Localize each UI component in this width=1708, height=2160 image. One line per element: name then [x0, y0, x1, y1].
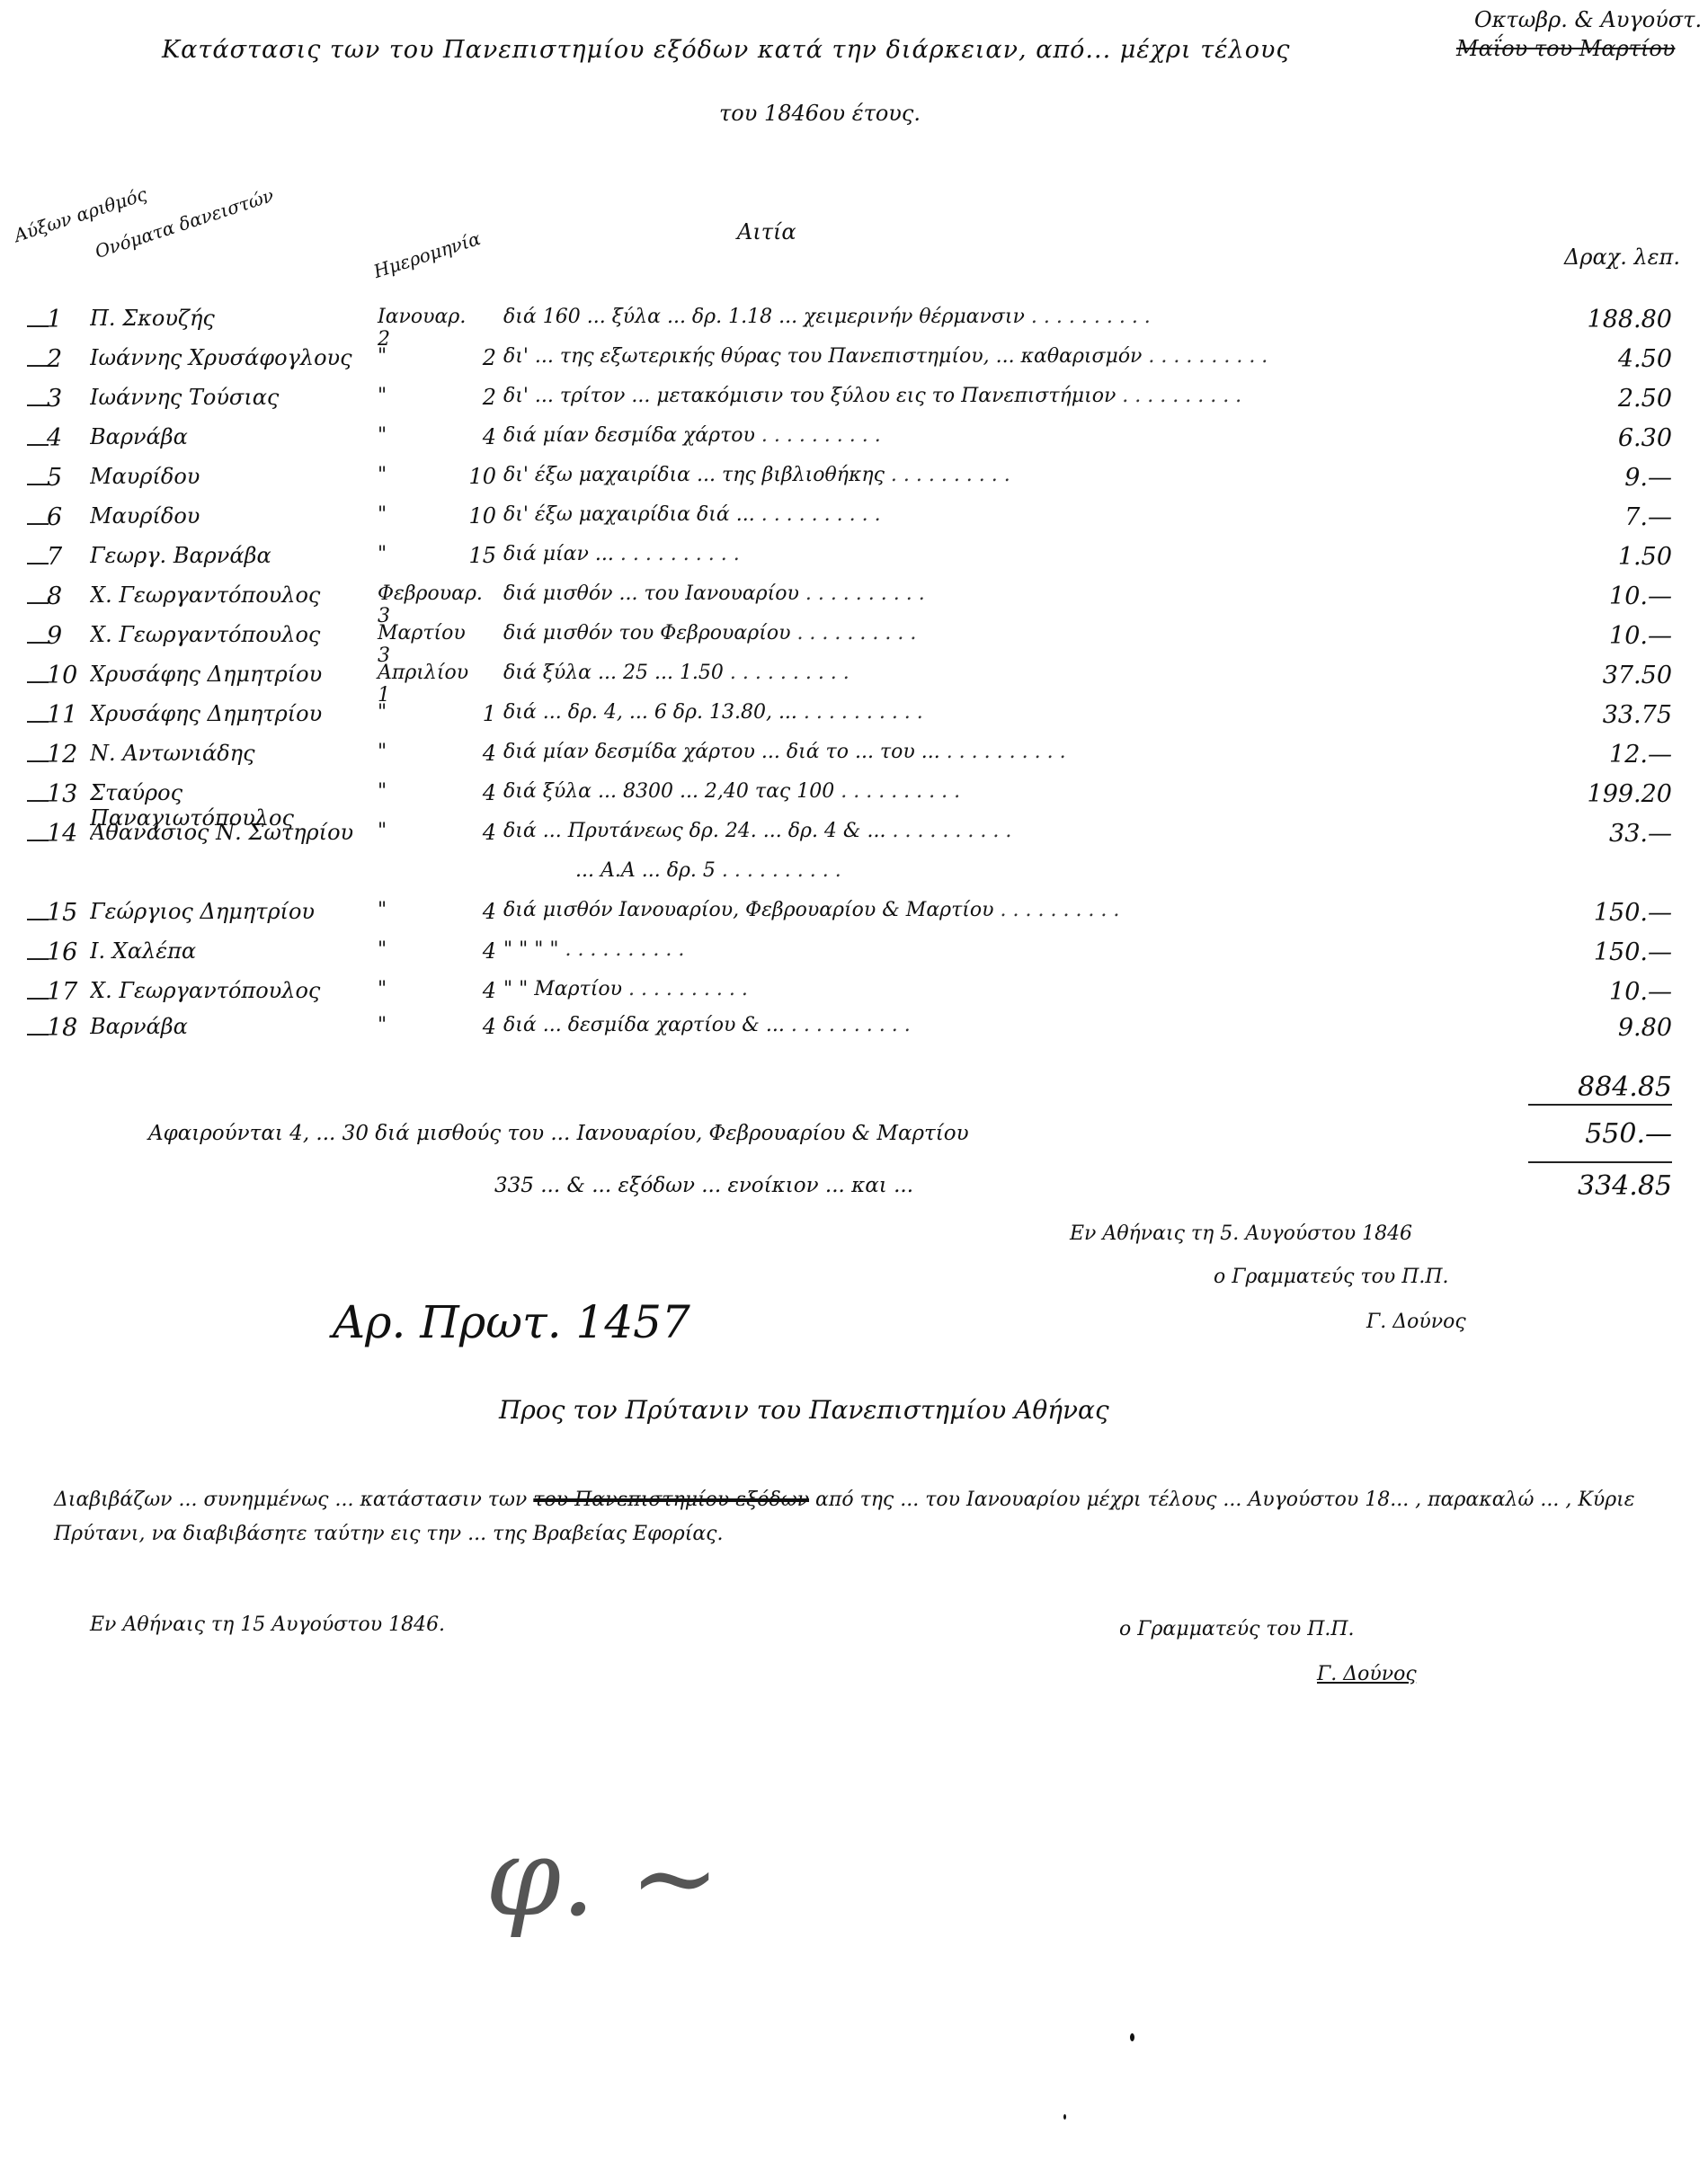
table-row: 11Χρυσάφης Δημητρίου"1διά ... δρ. 4, ...…: [0, 701, 1708, 741]
row-number: 15: [47, 899, 83, 927]
row-number: 9: [47, 622, 83, 650]
row-day: 10: [460, 464, 496, 489]
row-day: 4: [460, 938, 496, 964]
row-day: 15: [460, 543, 496, 568]
balance-text: 335 ... & ... εξόδων ... ενοίκιον ... κα…: [494, 1174, 913, 1197]
row-amount: 150.—: [1519, 899, 1672, 927]
signoff-role: ο Γραμματεύς του Π.Π.: [1214, 1266, 1449, 1288]
table-row: 1Π. ΣκουζήςΙανουαρ. 2διά 160 ... ξύλα ..…: [0, 306, 1708, 345]
row-date: Ιανουαρ. 2: [378, 306, 458, 351]
row-description: " " Μαρτίου: [503, 978, 1510, 1000]
row-day: 4: [460, 780, 496, 805]
letter-paragraph: Διαβιβάζων ... συνημμένως ... κατάστασιν…: [54, 1483, 1690, 1551]
row-amount: 199.20: [1519, 780, 1672, 808]
row-amount: 33.—: [1519, 820, 1672, 848]
row-day: 4: [460, 978, 496, 1003]
table-row: 18Βαρνάβα"4διά ... δεσμίδα χαρτίου & ...…: [0, 1014, 1708, 1050]
row-lead-dash: [27, 523, 49, 525]
row-number: 7: [47, 543, 83, 571]
ink-speck: [1130, 2033, 1134, 2041]
row-lead-dash: [27, 800, 49, 802]
row-amount: 1.50: [1519, 543, 1672, 571]
table-row: 2Ιωάννης Χρυσάφογλους"2δι' ... της εξωτε…: [0, 345, 1708, 385]
row-date: ": [378, 345, 458, 368]
row-amount: 9.80: [1519, 1014, 1672, 1042]
row-creditor-name: Π. Σκουζής: [90, 306, 360, 331]
row-description: διά μισθόν ... του Ιανουαρίου: [503, 582, 1510, 605]
row-number: 8: [47, 582, 83, 610]
table-row: 17Χ. Γεωργαντόπουλος"4" " Μαρτίου10.—: [0, 978, 1708, 1014]
row-number: 14: [47, 820, 83, 848]
row-description: διά μίαν δεσμίδα χάρτου: [503, 424, 1510, 447]
letter-place-date: Εν Αθήναις τη 15 Αυγούστου 1846.: [90, 1613, 445, 1636]
row-day: 10: [460, 503, 496, 529]
row-number: 4: [47, 424, 83, 452]
sum-amount: 884.85: [1519, 1071, 1672, 1103]
row-description: διά ... δρ. 4, ... 6 δρ. 13.80, ...: [503, 701, 1510, 724]
row-lead-dash: [27, 919, 49, 920]
row-description: διά μίαν δεσμίδα χάρτου ... διά το ... τ…: [503, 741, 1510, 763]
row-amount: 10.—: [1519, 582, 1672, 610]
table-row: 9Χ. ΓεωργαντόπουλοςΜαρτίου 3διά μισθόν τ…: [0, 622, 1708, 662]
row-creditor-name: Γεώργιος Δημητρίου: [90, 899, 360, 924]
document-subtitle: του 1846ου έτους.: [719, 101, 921, 126]
column-header-amount: Δραχ. λεπ.: [1564, 244, 1680, 270]
table-row: 6Μαυρίδου"10δι' έξω μαχαιρίδια διά ...7.…: [0, 503, 1708, 543]
row-day: 4: [460, 424, 496, 449]
row-lead-dash: [27, 721, 49, 723]
row-creditor-name: Ιωάννης Τούσιας: [90, 385, 360, 410]
row-description: δι' έξω μαχαιρίδια ... της βιβλιοθήκης: [503, 464, 1510, 486]
row-lead-dash: [27, 444, 49, 446]
row-creditor-name: Ν. Αντωνιάδης: [90, 741, 360, 766]
row-number: 17: [47, 978, 83, 1006]
row-number: 18: [47, 1014, 83, 1042]
row-description: διά ... δεσμίδα χαρτίου & ...: [503, 1014, 1510, 1036]
table-row: 7Γεωργ. Βαρνάβα"15διά μίαν ...1.50: [0, 543, 1708, 582]
letter-role: ο Γραμματεύς του Π.Π.: [1119, 1618, 1355, 1640]
row-lead-dash: [27, 563, 49, 564]
row-description: διά μίαν ...: [503, 543, 1510, 565]
row-number: 3: [47, 385, 83, 413]
row-date: ": [378, 464, 458, 486]
row-lead-dash: [27, 998, 49, 1000]
row-date: ": [378, 780, 458, 803]
row-lead-dash: [27, 1034, 49, 1036]
row-lead-dash: [27, 840, 49, 841]
balance-rule: [1528, 1161, 1672, 1163]
row-creditor-name: Αθανάσιος Ν. Σωτηρίου: [90, 820, 360, 845]
row-date: ": [378, 424, 458, 447]
row-amount: 37.50: [1519, 662, 1672, 689]
table-row: 10Χρυσάφης ΔημητρίουΑπριλίου 1διά ξύλα .…: [0, 662, 1708, 701]
row-description: διά ... Πρυτάνεως δρ. 24. ... δρ. 4 & ..…: [503, 820, 1510, 842]
row-creditor-name: Χρυσάφης Δημητρίου: [90, 662, 360, 687]
row-amount: 10.—: [1519, 978, 1672, 1006]
row-creditor-name: Ιωάννης Χρυσάφογλους: [90, 345, 360, 370]
table-row: 12Ν. Αντωνιάδης"4διά μίαν δεσμίδα χάρτου…: [0, 741, 1708, 780]
paragraph-start: Διαβιβάζων ... συνημμένως ... κατάστασιν…: [54, 1489, 527, 1511]
title-struck-text: Μαΐου του Μαρτίου: [1456, 36, 1675, 61]
totals-rule: [1528, 1104, 1672, 1106]
row-lead-dash: [27, 404, 49, 406]
table-row: 13Σταύρος Παναγιωτόπουλος"4διά ξύλα ... …: [0, 780, 1708, 820]
row-description: διά μισθόν Ιανουαρίου, Φεβρουαρίου & Μαρ…: [503, 899, 1510, 921]
column-header-date: Ημερομηνία: [371, 227, 484, 282]
row-creditor-name: Χρυσάφης Δημητρίου: [90, 701, 360, 726]
row-number: 2: [47, 345, 83, 373]
row-date: ": [378, 543, 458, 565]
table-row: 3Ιωάννης Τούσιας"2δι' ... τρίτον ... μετ…: [0, 385, 1708, 424]
row-description: διά μισθόν του Φεβρουαρίου: [503, 622, 1510, 644]
row-date: Μαρτίου 3: [378, 622, 458, 667]
row-description: διά 160 ... ξύλα ... δρ. 1.18 ... χειμερ…: [503, 306, 1510, 328]
row-creditor-name: Ι. Χαλέπα: [90, 938, 360, 964]
row-amount: 150.—: [1519, 938, 1672, 966]
row-date: ": [378, 701, 458, 724]
ink-speck: [1063, 2114, 1066, 2120]
row-description: δι' ... τρίτον ... μετακόμισιν του ξύλου…: [503, 385, 1510, 407]
row-creditor-name: Βαρνάβα: [90, 424, 360, 449]
row-creditor-name: Χ. Γεωργαντόπουλος: [90, 622, 360, 647]
row-number: 10: [47, 662, 83, 689]
row-description: δι' έξω μαχαιρίδια διά ...: [503, 503, 1510, 526]
row-amount: 7.—: [1519, 503, 1672, 531]
row-lead-dash: [27, 365, 49, 367]
table-row: 15Γεώργιος Δημητρίου"4διά μισθόν Ιανουαρ…: [0, 899, 1708, 938]
row-lead-dash: [27, 325, 49, 327]
row-description-continuation: ... Α.Α ... δρ. 5: [575, 859, 1582, 882]
row-lead-dash: [27, 602, 49, 604]
row-lead-dash: [27, 958, 49, 960]
table-row: 8Χ. ΓεωργαντόπουλοςΦεβρουαρ. 3διά μισθόν…: [0, 582, 1708, 622]
row-lead-dash: [27, 681, 49, 683]
row-creditor-name: Χ. Γεωργαντόπουλος: [90, 978, 360, 1003]
row-number: 1: [47, 306, 83, 333]
table-row: 4Βαρνάβα"4διά μίαν δεσμίδα χάρτου6.30: [0, 424, 1708, 464]
row-number: 12: [47, 741, 83, 769]
row-number: 13: [47, 780, 83, 808]
table-row: 5Μαυρίδου"10δι' έξω μαχαιρίδια ... της β…: [0, 464, 1708, 503]
row-description: " " " ": [503, 938, 1510, 961]
row-date: ": [378, 385, 458, 407]
row-amount: 33.75: [1519, 701, 1672, 729]
letter-signature: Γ. Δούνος: [1317, 1663, 1417, 1685]
monogram-mark: φ. ~: [485, 1816, 720, 1941]
row-date: ": [378, 899, 458, 921]
column-header-reason: Αιτία: [737, 219, 796, 244]
row-day: 4: [460, 899, 496, 924]
row-day: 4: [460, 741, 496, 766]
signoff-signature: Γ. Δούνος: [1366, 1311, 1466, 1333]
row-date: ": [378, 938, 458, 961]
row-amount: 10.—: [1519, 622, 1672, 650]
row-description: δι' ... της εξωτερικής θύρας του Πανεπισ…: [503, 345, 1510, 368]
row-amount: 2.50: [1519, 385, 1672, 413]
table-row-continuation: ... Α.Α ... δρ. 5: [0, 859, 1708, 899]
row-date: ": [378, 1014, 458, 1036]
row-date: ": [378, 741, 458, 763]
received-amount: 550.—: [1519, 1118, 1672, 1150]
ledger-table: 1Π. ΣκουζήςΙανουαρ. 2διά 160 ... ξύλα ..…: [0, 306, 1708, 1050]
row-day: 4: [460, 820, 496, 845]
row-creditor-name: Χ. Γεωργαντόπουλος: [90, 582, 360, 608]
row-date: ": [378, 978, 458, 1000]
row-lead-dash: [27, 642, 49, 644]
letter-heading: Προς τον Πρύτανιν του Πανεπιστημίου Αθήν…: [499, 1395, 1109, 1425]
row-description: διά ξύλα ... 25 ... 1.50: [503, 662, 1510, 684]
row-date: Απριλίου 1: [378, 662, 458, 707]
row-day: 1: [460, 701, 496, 726]
reference-number: Αρ. Πρωτ. 1457: [333, 1296, 690, 1348]
row-lead-dash: [27, 484, 49, 485]
row-day: 4: [460, 1014, 496, 1039]
row-lead-dash: [27, 760, 49, 762]
signoff-place-date: Εν Αθήναις τη 5. Αυγούστου 1846: [1070, 1222, 1412, 1245]
table-row: 14Αθανάσιος Ν. Σωτηρίου"4διά ... Πρυτάνε…: [0, 820, 1708, 859]
row-amount: 4.50: [1519, 345, 1672, 373]
row-creditor-name: Μαυρίδου: [90, 464, 360, 489]
row-date: Φεβρουαρ. 3: [378, 582, 458, 627]
row-creditor-name: Βαρνάβα: [90, 1014, 360, 1039]
row-number: 11: [47, 701, 83, 729]
row-amount: 6.30: [1519, 424, 1672, 452]
table-row: 16Ι. Χαλέπα"4" " " "150.—: [0, 938, 1708, 978]
row-creditor-name: Μαυρίδου: [90, 503, 360, 529]
paragraph-struck-text: του Πανεπιστημίου εξόδων: [533, 1489, 809, 1511]
row-creditor-name: Γεωργ. Βαρνάβα: [90, 543, 360, 568]
row-date: ": [378, 503, 458, 526]
row-amount: 12.—: [1519, 741, 1672, 769]
title-insertion: Οκτωβρ. & Αυγούστ.: [1474, 7, 1702, 32]
row-amount: 188.80: [1519, 306, 1672, 333]
balance-amount: 334.85: [1519, 1170, 1672, 1202]
row-amount: 9.—: [1519, 464, 1672, 492]
row-number: 16: [47, 938, 83, 966]
row-description: διά ξύλα ... 8300 ... 2,40 τας 100: [503, 780, 1510, 803]
row-number: 5: [47, 464, 83, 492]
row-day: 2: [460, 345, 496, 370]
received-text: Αφαιρούνται 4, ... 30 διά μισθούς του ..…: [148, 1122, 969, 1145]
row-number: 6: [47, 503, 83, 531]
row-date: ": [378, 820, 458, 842]
row-day: 2: [460, 385, 496, 410]
document-title: Κατάστασις των του Πανεπιστημίου εξόδων …: [162, 36, 1291, 64]
